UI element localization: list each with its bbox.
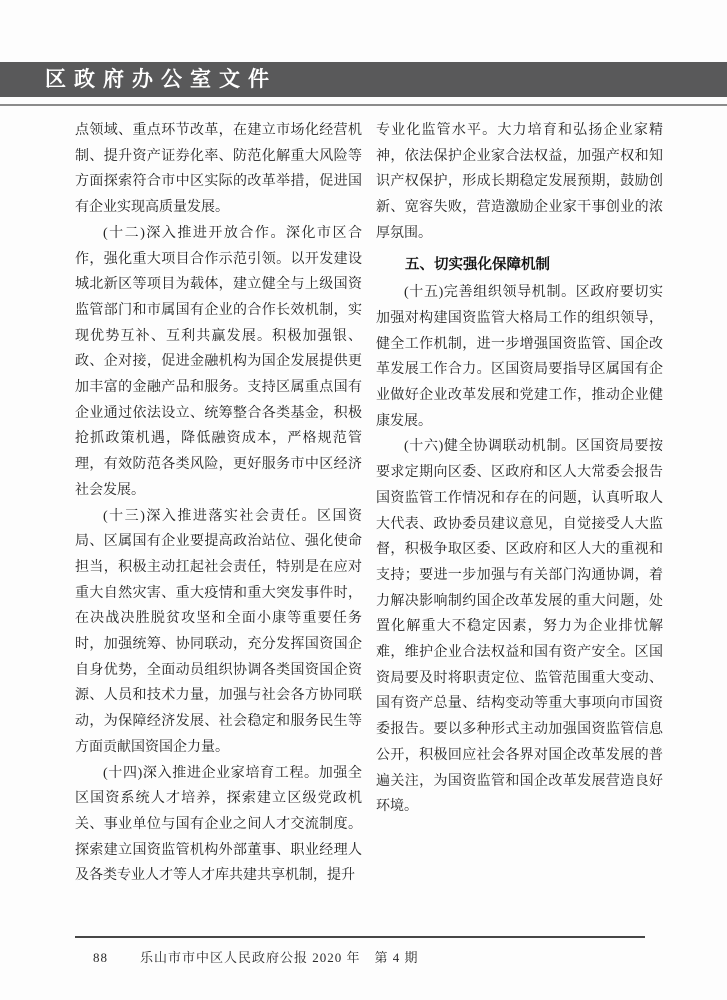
- paragraph-continuation: 点领域、重点环节改革，在建立市场化经营机制、提升资产证券化率、防范化解重大风险等…: [75, 118, 362, 221]
- header-title: 区政府办公室文件: [0, 62, 727, 97]
- paragraph-continuation: 专业化监管水平。大力培育和弘扬企业家精神，依法保护企业家合法权益，加强产权和知识…: [376, 118, 663, 247]
- text-column-right: 专业化监管水平。大力培育和弘扬企业家精神，依法保护企业家合法权益，加强产权和知识…: [376, 118, 663, 889]
- header-divider: [0, 104, 727, 106]
- text-column-left: 点领域、重点环节改革，在建立市场化经营机制、提升资产证券化率、防范化解重大风险等…: [75, 118, 362, 889]
- paragraph-item-12: (十二)深入推进开放合作。深化市区合作，强化重大项目合作示范引领。以开发建设城北…: [75, 221, 362, 504]
- document-body: 点领域、重点环节改革，在建立市场化经营机制、提升资产证券化率、防范化解重大风险等…: [75, 118, 663, 889]
- section-heading: 五、切实强化保障机制: [376, 253, 663, 279]
- page-footer: 88 乐山市市中区人民政府公报 2020 年 第 4 期: [75, 936, 645, 966]
- paragraph-item-16: (十六)健全协调联动机制。区国资局要按要求定期向区委、区政府和区人大常委会报告国…: [376, 434, 663, 820]
- paragraph-item-13: (十三)深入推进落实社会责任。区国资局、区属国有企业要提高政治站位、强化使命担当…: [75, 504, 362, 761]
- document-header-banner: 区政府办公室文件: [0, 62, 727, 97]
- page-number: 88: [93, 950, 108, 966]
- journal-title: 乐山市市中区人民政府公报 2020 年 第 4 期: [140, 947, 419, 966]
- paragraph-item-14: (十四)深入推进企业家培育工程。加强全区国资系统人才培养，探索建立区级党政机关、…: [75, 761, 362, 890]
- paragraph-item-15: (十五)完善组织领导机制。区政府要切实加强对构建国资监管大格局工作的组织领导，健…: [376, 280, 663, 434]
